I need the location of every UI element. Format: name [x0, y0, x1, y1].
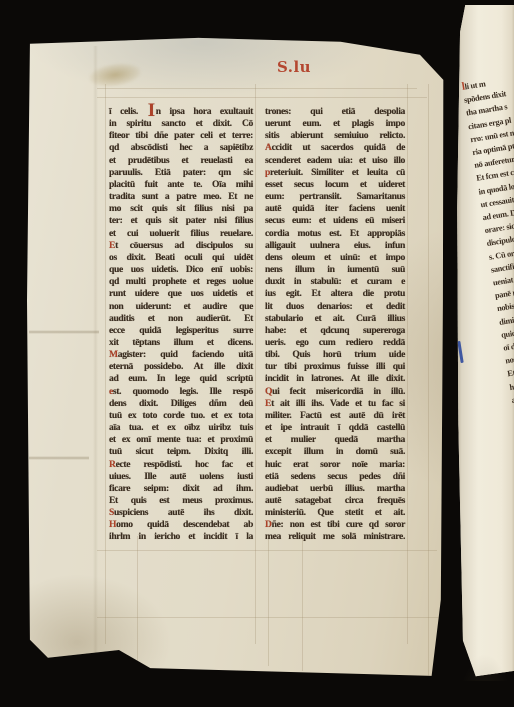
text-line: ihrlm in iericho et incidit ī la: [109, 531, 253, 543]
text-line: ministeriū. Que stetit et ait.: [265, 507, 405, 519]
text-line: est. quomodo legis. Ille respō: [109, 386, 253, 398]
text-line: runt uidere que uos uidetis et: [109, 288, 253, 300]
text-line: eternā possidebo. At ille dixit: [109, 361, 253, 373]
text-line: militer. Factū est autē dū irēt: [265, 410, 405, 422]
text-line: tuū ex toto corde tuo. et ex tota: [109, 410, 253, 422]
text-line: xit tēptans illum et dicens.: [109, 337, 253, 349]
ruling-line: [97, 97, 427, 98]
text-line: alligauit uulnera eius. infun: [265, 240, 405, 252]
text-line: que uos uidetis. Dico enī uobis:: [109, 264, 253, 276]
ruling-line: [428, 84, 429, 676]
text-line: ecce quidā legisperitus surre: [109, 325, 253, 337]
text-line: uerunt eum. et plagis impo: [265, 118, 405, 130]
text-line: stabulario et ait. Curā illius: [265, 313, 405, 325]
text-line: aīa tua. et ex oībz uiribz tuis: [109, 422, 253, 434]
text-line: sitis abierunt semiuiuo relicto.: [265, 130, 405, 142]
ruling-line: [268, 536, 269, 666]
text-line: ad eum. In lege quid scriptū: [109, 373, 253, 385]
text-line: huic erat soror noīe maria:: [265, 459, 405, 471]
text-line: ueris. ego cum rediero reddā: [265, 337, 405, 349]
text-line: et cui uoluerit filius reuelare.: [109, 228, 253, 240]
text-line: eum: pertransiit. Samaritanus: [265, 191, 405, 203]
text-line: et ipe intrauit ī qddā castellū: [265, 422, 405, 434]
text-line: ius egit. Et altera die protu: [265, 288, 405, 300]
text-line: lit duos denarios: et dedit: [265, 301, 405, 313]
text-line: tradita sunt a patre meo. Et ne: [109, 191, 253, 203]
text-line: Accidit ut sacerdos quidā de: [265, 142, 405, 154]
text-line: et prudētibus et reuelasti ea: [109, 155, 253, 167]
text-line: esset secus locum et uideret: [265, 179, 405, 191]
ruling-line: [97, 88, 417, 89]
ruling-line: [97, 550, 437, 551]
text-line: Dñe: non est tibi cure qd soror: [265, 519, 405, 531]
text-line: Qui fecit misericordiā in illū.: [265, 386, 405, 398]
text-line: trones: qui etiā despolia: [265, 106, 405, 118]
text-line: autē quidā iter faciens uenit: [265, 203, 405, 215]
text-line: uiues. Ille autē uolens iusti: [109, 471, 253, 483]
photo-of-manuscript: S.lu ī celis. In ipsa hora exultauitin s…: [0, 0, 514, 707]
text-line: tur tibi proximus fuisse illi qui: [265, 361, 405, 373]
text-line: Et quis est meus proximus.: [109, 495, 253, 507]
text-line: os dixit. Beati oculi qui uidēt: [109, 252, 253, 264]
text-line: ter: et quis sit pater nisi filius: [109, 215, 253, 227]
text-line: Recte respōdisti. hoc fac et: [109, 459, 253, 471]
ruling-line: [97, 617, 442, 618]
text-column-left: ī celis. In ipsa hora exultauitin spirit…: [109, 106, 253, 544]
parchment-crease: [29, 456, 89, 460]
text-line: auditis et non audierūt. Et: [109, 313, 253, 325]
text-line: et mulier quedā martha: [265, 434, 405, 446]
text-line: non uiderunt: et audire que: [109, 301, 253, 313]
text-line: etiā sedens secus pedes dñi: [265, 471, 405, 483]
text-column-right: trones: qui etiā despoliauerunt eum. et …: [265, 106, 405, 544]
text-line: incidit in latrones. At ille dixit.: [265, 373, 405, 385]
text-line: placitū fuit ante te. Oīa mihi: [109, 179, 253, 191]
text-line: dens dixit. Diliges dñm deū: [109, 398, 253, 410]
text-line: qd abscōdisti hec a sapiētibz: [109, 142, 253, 154]
text-line: Et cōuersus ad discipulos su: [109, 240, 253, 252]
text-line: scenderet eadem uia: et uiso illo: [265, 155, 405, 167]
ruling-line: [407, 84, 408, 644]
text-line: preteriuit. Similiter et leuita cū: [265, 167, 405, 179]
parchment-crease: [93, 46, 98, 666]
facing-page-text: lli ut mspōdens dixittha martha scitans …: [461, 67, 514, 577]
text-line: secus eum: et uidens eū miseri: [265, 215, 405, 227]
facing-page-edge: lli ut mspōdens dixittha martha scitans …: [456, 5, 514, 681]
text-line: Suspiciens autē ihs dixit.: [109, 507, 253, 519]
text-line: Homo quidā descendebat ab: [109, 519, 253, 531]
text-line: habe: et qdcunq supereroga: [265, 325, 405, 337]
text-line: excepit illum in domū suā.: [265, 446, 405, 458]
text-line: Magister: quid faciendo uitā: [109, 349, 253, 361]
text-line: ficare seipm: dixit ad ihm.: [109, 483, 253, 495]
parchment-crease: [29, 330, 99, 334]
text-line: nens illum in iumentū suū: [265, 264, 405, 276]
text-line: cordia motus est. Et appropiās: [265, 228, 405, 240]
text-line: tibi. Quis horū trium uide: [265, 349, 405, 361]
ruling-line: [105, 84, 106, 644]
text-line: dens oleum et uinū: et impo: [265, 252, 405, 264]
manuscript-page: S.lu ī celis. In ipsa hora exultauitin s…: [27, 36, 445, 681]
text-line: qd multi prophete et reges uolue: [109, 276, 253, 288]
running-title: S.lu: [249, 58, 339, 76]
text-line: audiebat uerbū illius. martha: [265, 483, 405, 495]
text-line: et ex omī mente tua: et proximū: [109, 434, 253, 446]
ruling-line: [302, 536, 303, 671]
text-line: Et ait illi ihs. Vade et tu fac si: [265, 398, 405, 410]
ruling-line: [137, 536, 138, 666]
text-line: autē satagebat circa frequēs: [265, 495, 405, 507]
text-line: mo scit quis sit filius nisi pa: [109, 203, 253, 215]
text-line: paruulis. Etiā pater: qm sic: [109, 167, 253, 179]
text-line: mea reliquit me solā ministrare.: [265, 531, 405, 543]
blue-initial: [457, 341, 463, 363]
ruling-line: [255, 84, 256, 644]
text-line: tuū sicut teipm. Dixitq illi.: [109, 446, 253, 458]
text-line: duxit in stabulū: et curam e: [265, 276, 405, 288]
text-line: in spiritu sancto et dixit. Cō: [109, 118, 253, 130]
text-line: ī celis. In ipsa hora exultauit: [109, 106, 253, 118]
text-line: fiteor tibi dñe pater celi et terre:: [109, 130, 253, 142]
